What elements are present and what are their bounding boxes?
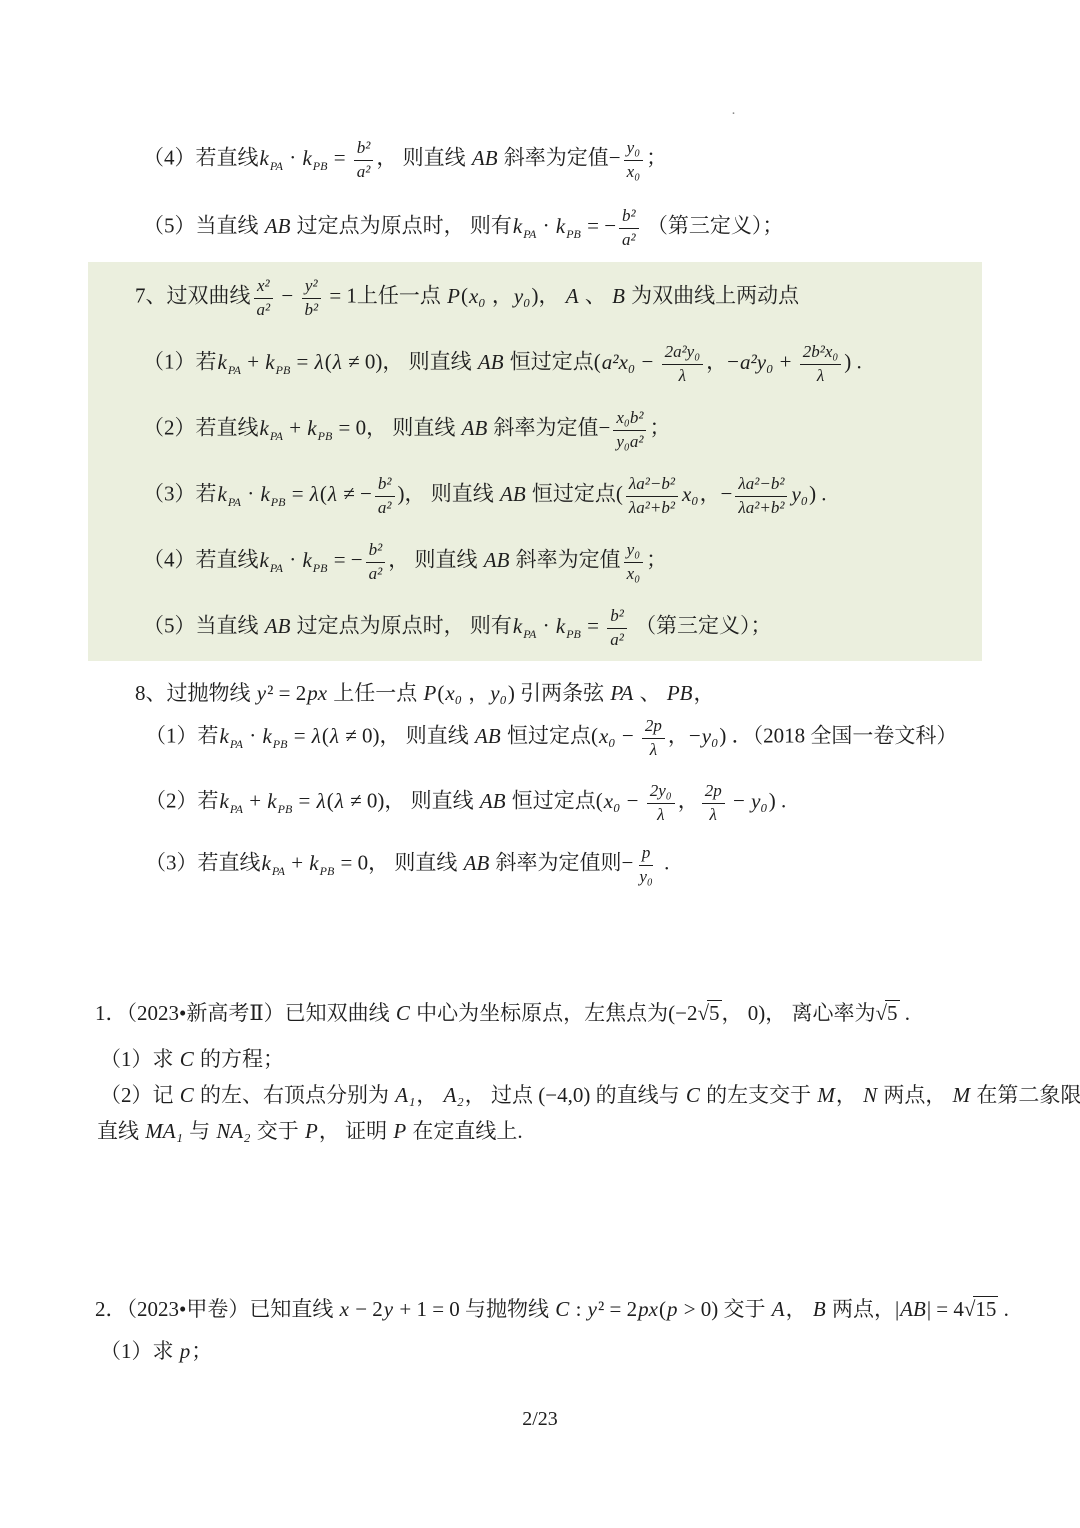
s7-item-3-text: （3）若kPA · kPB = λ(λ ≠ −b²a²)， 则直线 AB 恒过定… [143,474,827,518]
problem-1-line-4: 直线 MA₁ 与 NA₂ 交于 P， 证明 P 在定直线上. [0,1112,1080,1148]
fraction: 2a²y₀λ [662,342,704,386]
problem-1-line-2: （1）求 C 的方程； [0,1040,1080,1076]
fraction: 2y₀λ [647,781,675,825]
section-7-header: 7、过双曲线x²a² − y²b² = 1上任一点 P(x₀ ，y₀)， A 、… [88,265,982,331]
fraction: x₀b²y₀a² [613,408,646,452]
document-content: （4）若直线kPA · kPB = b²a²， 则直线 AB 斜率为定值−y₀x… [0,0,1080,1368]
fraction: 2pλ [642,716,665,760]
s8-item-3: （3）若直线kPA + kPB = 0， 则直线 AB 斜率为定值则−py₀ . [0,835,1080,895]
ellipse-items: （4）若直线kPA · kPB = b²a²， 则直线 AB 斜率为定值−y₀x… [0,0,1080,261]
fraction: b²a² [619,206,639,250]
problem-1-line-3-text: （2）记 C 的左、右顶点分别为 A₁， A₂， 过点 (−4,0) 的直线与 … [100,1079,1080,1109]
problem-2-line-2: （1）求 p； [0,1332,1080,1368]
sqrt-radical: √5 [876,1001,900,1025]
problem-1-line-1-text: 1．（2023•新高考Ⅱ）已知双曲线 C 中心为坐标原点，左焦点为(−2√5， … [95,997,910,1027]
problem-1: 1．（2023•新高考Ⅱ）已知双曲线 C 中心为坐标原点，左焦点为(−2√5， … [0,895,1080,1148]
ellipse-item-4-text: （4）若直线kPA · kPB = b²a²， 则直线 AB 斜率为定值−y₀x… [143,138,667,182]
s7-item-4: （4）若直线kPA · kPB = −b²a²， 则直线 AB 斜率为定值y₀x… [88,529,982,595]
sqrt-radical: √15 [964,1297,999,1321]
s8-item-3-text: （3）若直线kPA + kPB = 0， 则直线 AB 斜率为定值则−py₀ . [145,843,669,887]
s8-item-1-text: （1）若kPA · kPB = λ(λ ≠ 0)， 则直线 AB 恒过定点(x₀… [145,716,957,760]
sqrt-radical: √5 [697,1001,721,1025]
fraction: b²a² [607,606,627,650]
fraction: b²a² [366,540,386,584]
fraction: b²a² [375,474,395,518]
section-7-header-text: 7、过双曲线x²a² − y²b² = 1上任一点 P(x₀ ，y₀)， A 、… [135,276,799,320]
ellipse-item-4: （4）若直线kPA · kPB = b²a²， 则直线 AB 斜率为定值−y₀x… [0,127,1080,193]
problem-1-line-1: 1．（2023•新高考Ⅱ）已知双曲线 C 中心为坐标原点，左焦点为(−2√5， … [0,990,1080,1034]
fraction: 2b²x₀λ [800,342,842,386]
ellipse-item-5-text: （5）当直线 AB 过定点为原点时， 则有kPA · kPB = −b²a² （… [143,206,783,250]
page-number: 2/23 [522,1408,558,1430]
fraction: y₀x₀ [624,540,643,584]
s8-item-2: （2）若kPA + kPB = λ(λ ≠ 0)， 则直线 AB 恒过定点(x₀… [0,773,1080,833]
s7-item-1: （1）若kPA + kPB = λ(λ ≠ 0)， 则直线 AB 恒过定点(a²… [88,331,982,397]
problem-2-line-2-text: （1）求 p； [100,1335,212,1365]
fraction: λa²−b²λa²+b² [735,474,787,518]
s7-item-5: （5）当直线 AB 过定点为原点时， 则有kPA · kPB = b²a² （第… [88,595,982,661]
problem-1-line-3: （2）记 C 的左、右顶点分别为 A₁， A₂， 过点 (−4,0) 的直线与 … [0,1076,1080,1112]
problem-1-line-2-text: （1）求 C 的方程； [100,1043,284,1073]
s7-item-2-text: （2）若直线kPA + kPB = 0， 则直线 AB 斜率为定值−x₀b²y₀… [143,408,670,452]
problem-2-line-1-text: 2．（2023•甲卷）已知直线 x − 2y + 1 = 0 与抛物线 C : … [95,1293,1009,1323]
problem-2-line-1: 2．（2023•甲卷）已知直线 x − 2y + 1 = 0 与抛物线 C : … [0,1286,1080,1330]
s7-item-4-text: （4）若直线kPA · kPB = −b²a²， 则直线 AB 斜率为定值y₀x… [143,540,667,584]
fraction: y₀x₀ [624,138,643,182]
section-8-parabola: 8、过抛物线 y² = 2px 上任一点 P(x₀ ，y₀) 引两条弦 PA 、… [0,661,1080,895]
section-7-hyperbola: 7、过双曲线x²a² − y²b² = 1上任一点 P(x₀ ，y₀)， A 、… [88,262,982,661]
fraction: py₀ [636,843,655,887]
page-footer: 2/23 [0,1408,1080,1431]
fraction: 2pλ [702,781,725,825]
fraction: y²b² [301,276,321,320]
problem-2: 2．（2023•甲卷）已知直线 x − 2y + 1 = 0 与抛物线 C : … [0,1148,1080,1368]
s7-item-2: （2）若直线kPA + kPB = 0， 则直线 AB 斜率为定值−x₀b²y₀… [88,397,982,463]
section-8-header-text: 8、过抛物线 y² = 2px 上任一点 P(x₀ ，y₀) 引两条弦 PA 、… [135,677,714,707]
problem-1-line-4-text: 直线 MA₁ 与 NA₂ 交于 P， 证明 P 在定直线上. [97,1115,523,1145]
ellipse-item-5: （5）当直线 AB 过定点为原点时， 则有kPA · kPB = −b²a² （… [0,195,1080,261]
document-page: · （4）若直线kPA · kPB = b²a²， 则直线 AB 斜率为定值−y… [0,0,1080,1528]
s7-item-5-text: （5）当直线 AB 过定点为原点时， 则有kPA · kPB = b²a² （第… [143,606,772,650]
stray-mark: · [731,106,736,123]
s7-item-3: （3）若kPA · kPB = λ(λ ≠ −b²a²)， 则直线 AB 恒过定… [88,463,982,529]
fraction: b²a² [354,138,374,182]
fraction: x²a² [254,276,274,320]
s8-item-2-text: （2）若kPA + kPB = λ(λ ≠ 0)， 则直线 AB 恒过定点(x₀… [145,781,786,825]
s8-item-1: （1）若kPA · kPB = λ(λ ≠ 0)， 则直线 AB 恒过定点(x₀… [0,708,1080,768]
s7-item-1-text: （1）若kPA + kPB = λ(λ ≠ 0)， 则直线 AB 恒过定点(a²… [143,342,862,386]
section-8-header: 8、过抛物线 y² = 2px 上任一点 P(x₀ ，y₀) 引两条弦 PA 、… [0,672,1080,712]
fraction: λa²−b²λa²+b² [626,474,678,518]
